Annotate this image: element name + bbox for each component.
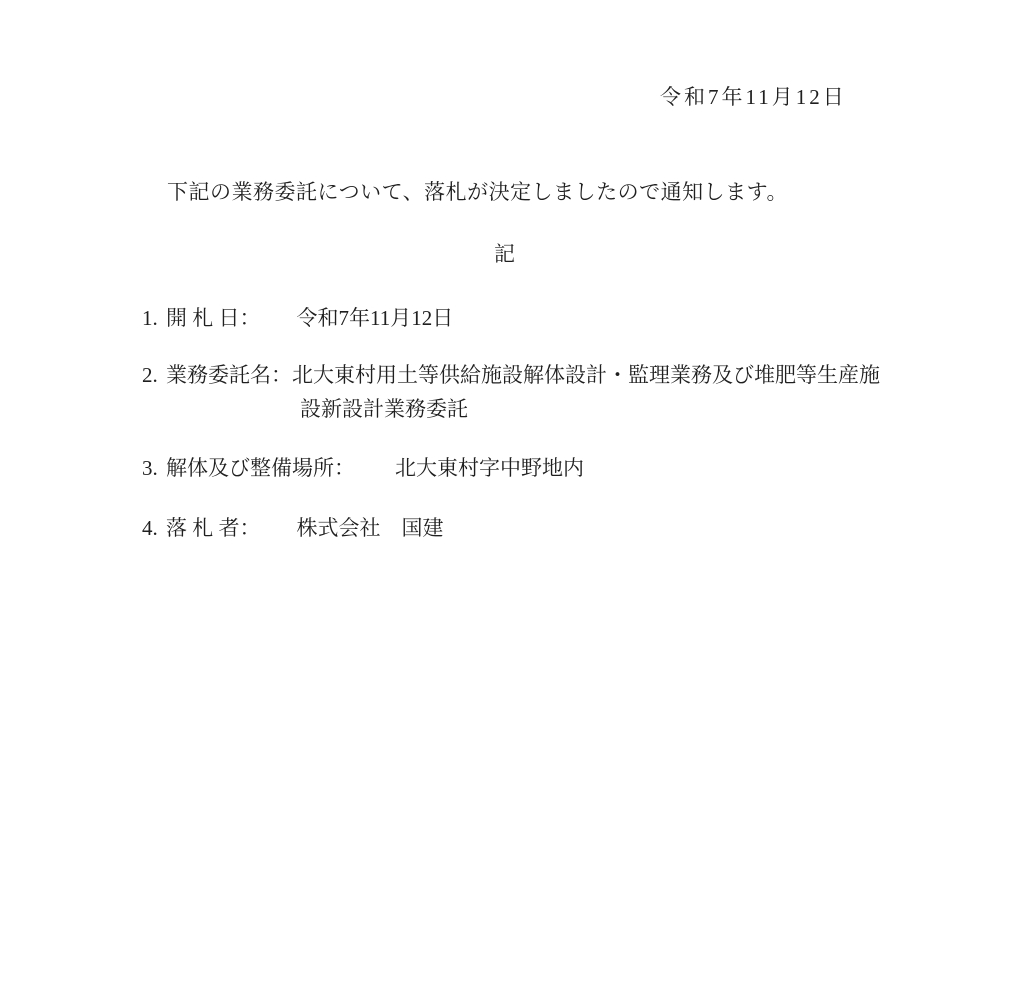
item-label: 業務委託名： xyxy=(166,363,292,387)
list-item-site-location: 3.解体及び整備場所：北大東村字中野地内 xyxy=(142,455,584,481)
item-value-line2: 設新設計業務委託 xyxy=(300,396,468,422)
list-item-open-bid-date: 1.開 札 日：令和7年11月12日 xyxy=(142,305,453,331)
item-label: 落 札 者： xyxy=(166,516,261,540)
item-number: 1. xyxy=(142,305,159,331)
item-value: 株式会社 国建 xyxy=(297,516,444,540)
list-item-contract-name: 2.業務委託名：北大東村用土等供給施設解体設計・監理業務及び堆肥等生産施 xyxy=(142,362,880,388)
list-item-winning-bidder: 4.落 札 者：株式会社 国建 xyxy=(142,515,444,541)
item-label: 解体及び整備場所： xyxy=(166,456,355,480)
item-number: 2. xyxy=(142,362,159,388)
item-value: 令和7年11月12日 xyxy=(297,306,454,330)
item-number: 3. xyxy=(142,455,159,481)
section-heading-text: 記 xyxy=(494,242,516,266)
item-number: 4. xyxy=(142,515,159,541)
item-value: 北大東村字中野地内 xyxy=(395,456,584,480)
item-label: 開 札 日： xyxy=(166,306,261,330)
document-date: 令和7年11月12日 xyxy=(660,84,847,110)
document-page: 令和7年11月12日 下記の業務委託について、落札が決定しましたので通知します。… xyxy=(0,0,1024,993)
item-value-line1: 北大東村用土等供給施設解体設計・監理業務及び堆肥等生産施 xyxy=(292,363,880,387)
section-heading: 記 xyxy=(0,241,1010,267)
notice-text: 下記の業務委託について、落札が決定しましたので通知します。 xyxy=(167,179,788,205)
